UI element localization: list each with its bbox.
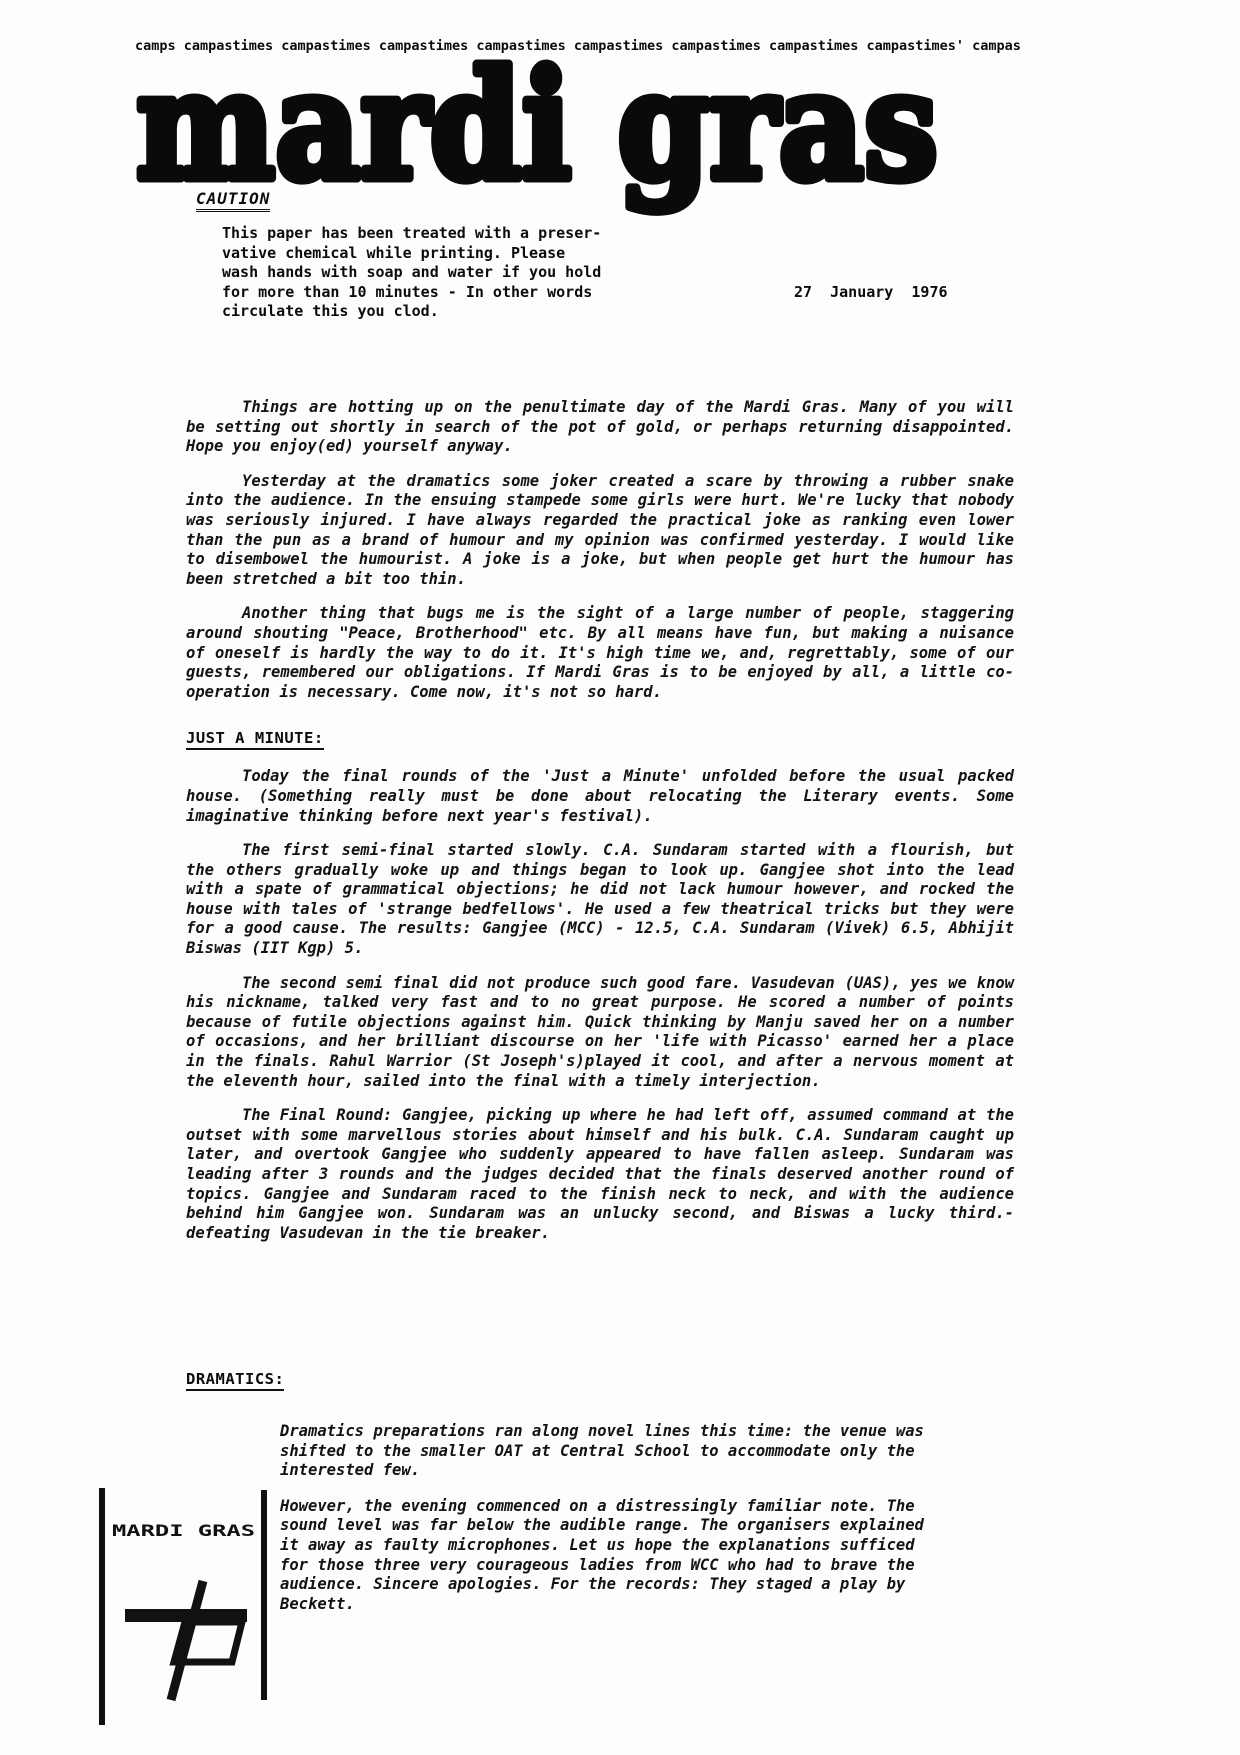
year-76-glyph (125, 1581, 247, 1700)
footer-logo-title: MARDI GRAS (112, 1521, 255, 1540)
mardi-gras-76-logo: MARDI GRAS (85, 1478, 280, 1733)
just-a-minute-paragraph: Today the final rounds of the 'Just a Mi… (186, 767, 1014, 826)
intro-paragraph: Yesterday at the dramatics some joker cr… (186, 472, 1014, 590)
dramatics-heading: DRAMATICS: (186, 1370, 284, 1391)
intro-paragraph: Another thing that bugs me is the sight … (186, 604, 1014, 702)
main-body-column: Things are hotting up on the penultimate… (186, 398, 1014, 1258)
just-a-minute-paragraph: The second semi final did not produce su… (186, 974, 1014, 1092)
issue-date: 27 January 1976 (794, 283, 948, 301)
just-a-minute-paragraph: The Final Round: Gangjee, picking up whe… (186, 1106, 1014, 1243)
intro-paragraph: Things are hotting up on the penultimate… (186, 398, 1014, 457)
dramatics-paragraph: However, the evening commenced on a dist… (280, 1497, 946, 1615)
logo-right-bar (261, 1490, 267, 1700)
campastimes-strip: camps campastimes campastimes campastime… (135, 38, 1021, 56)
just-a-minute-paragraph: The first semi-final started slowly. C.A… (186, 841, 1014, 959)
masthead-logo-text: mardi gras (136, 38, 938, 214)
dramatics-column: Dramatics preparations ran along novel l… (280, 1422, 946, 1630)
newsletter-page: camps campastimes campastimes campastime… (0, 0, 1240, 1755)
just-a-minute-heading: JUST A MINUTE: (186, 729, 324, 750)
logo-left-bar (99, 1488, 105, 1725)
dramatics-paragraph: Dramatics preparations ran along novel l… (280, 1422, 946, 1481)
caution-label: CAUTION (196, 189, 270, 212)
caution-text: This paper has been treated with a prese… (222, 224, 622, 322)
